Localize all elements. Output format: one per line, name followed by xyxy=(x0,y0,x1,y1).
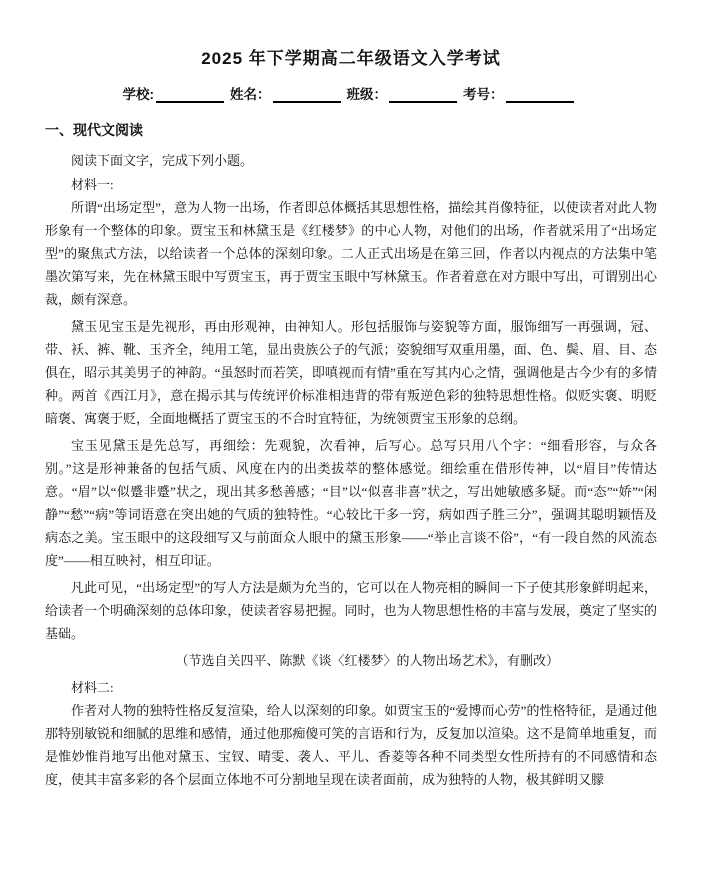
class-label: 班级： xyxy=(347,83,388,103)
class-blank-field[interactable] xyxy=(389,88,457,103)
material-one-paragraph-1: 所谓“出场定型”，意为人物一出场，作者即总体概括其思想性格，描绘其肖像特征，以使… xyxy=(45,196,657,311)
exam-number-label: 考号： xyxy=(463,83,504,103)
exam-page: 2025 年下学期高二年级语文入学考试 学校:姓名：班级：考号： 一、现代文阅读… xyxy=(0,0,701,877)
page-title: 2025 年下学期高二年级语文入学考试 xyxy=(45,44,657,69)
material-one-paragraph-3: 宝玉见黛玉是先总写，再细绘：先观貌，次看神，后写心。总写只用八个字：“细看形容，… xyxy=(45,434,657,572)
material-two-label: 材料二: xyxy=(45,676,657,699)
exam-number-blank-field[interactable] xyxy=(506,88,574,103)
material-one-paragraph-2: 黛玉见宝玉是先视形，再由形观神，由神知人。形包括服饰与姿貌等方面，服饰细写一再强… xyxy=(45,315,657,430)
material-two-paragraph-1: 作者对人物的独特性格反复渲染，给人以深刻的印象。如贾宝玉的“爱博而心劳”的性格特… xyxy=(45,699,657,791)
name-blank-field[interactable] xyxy=(273,88,341,103)
school-blank-field[interactable] xyxy=(156,88,224,103)
material-one-paragraph-4: 凡此可见，“出场定型”的写人方法是颇为允当的，它可以在人物亮相的瞬间一下子使其形… xyxy=(45,576,657,645)
material-one-label: 材料一: xyxy=(45,173,657,196)
material-one-citation: （节选自关四平、陈默《谈〈红楼梦〉的人物出场艺术》，有删改） xyxy=(45,649,657,672)
school-label: 学校: xyxy=(123,83,155,103)
reading-instruction: 阅读下面文字，完成下列小题。 xyxy=(45,149,657,172)
name-label: 姓名： xyxy=(230,83,271,103)
student-info-row: 学校:姓名：班级：考号： xyxy=(45,83,657,103)
section-heading-modern-reading: 一、现代文阅读 xyxy=(45,120,657,140)
